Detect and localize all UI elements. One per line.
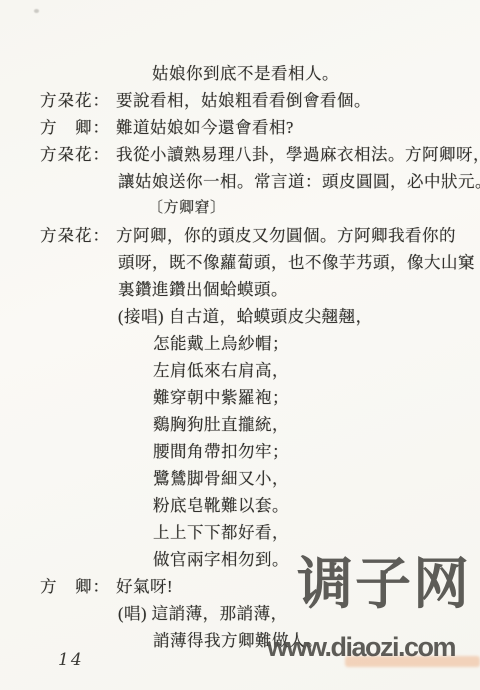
line-text: (接唱) 自古道，蛤蟆頭皮尖翹翹，: [118, 307, 373, 326]
stage-direction: 〔方卿窘〕: [148, 195, 480, 222]
speaker-name: 方朶花：: [40, 222, 116, 249]
line-text: (唱) 這誚薄，那誚薄，: [118, 604, 288, 623]
verse-line: 怎能戴上烏紗帽；: [153, 330, 480, 357]
verse-line: 鷄胸狗肚直攏統，: [153, 411, 480, 438]
verse-line: 左肩低來右肩高，: [153, 357, 480, 384]
line-text: 〔方卿窘〕: [148, 200, 226, 216]
line-text: 頭呀，既不像蘿蔔頭，也不像芋艿頭，像大山窠: [118, 253, 475, 272]
verse-line: 粉底皂靴難以套。: [153, 492, 480, 519]
line-text: 姑娘你到底不是看相人。: [152, 64, 339, 83]
watermark-site-url: www.diaozi.com: [267, 632, 455, 663]
line-text: 怎能戴上烏紗帽；: [153, 334, 289, 353]
script-line: 讓姑娘送你一相。常言道：頭皮圓圓，必中狀元。: [118, 168, 480, 195]
line-text: 難道姑娘如今還會看相?: [116, 118, 294, 137]
script-line: 方朶花：方阿卿，你的頭皮又勿圓個。方阿卿我看你的: [40, 222, 480, 249]
script-line: 方朶花：我從小讀熟易理八卦，學過麻衣相法。方阿卿呀，: [40, 141, 480, 168]
line-text: 要說看相，姑娘粗看看倒會看個。: [116, 91, 371, 110]
speaker-name: 方朶花：: [40, 87, 116, 114]
line-text: 上上下下都好看，: [153, 523, 289, 542]
watermark-site-name: 调子网: [297, 548, 471, 621]
line-text: 我從小讀熟易理八卦，學過麻衣相法。方阿卿呀，: [116, 145, 480, 164]
speaker-name: 方 卿：: [40, 573, 116, 600]
speaker-name: 方 卿：: [40, 114, 116, 141]
line-text: 腰間角帶扣勿牢；: [153, 442, 289, 461]
verse-line: 難穿朝中紫羅袍；: [153, 384, 480, 411]
line-text: 方阿卿，你的頭皮又勿圓個。方阿卿我看你的: [116, 226, 456, 245]
line-text: 粉底皂靴難以套。: [153, 496, 289, 515]
verse-line: 鷺鷥脚骨細又小，: [153, 465, 480, 492]
script-line: 裏鑽進鑽出個蛤蟆頭。: [118, 276, 480, 303]
line-text: 左肩低來右肩高，: [153, 361, 289, 380]
line-text: 鷄胸狗肚直攏統，: [153, 415, 289, 434]
line-text: 做官兩字相勿到。: [153, 550, 289, 569]
page-number: 14: [58, 650, 84, 670]
script-line: 方朶花：要說看相，姑娘粗看看倒會看個。: [40, 87, 480, 114]
script-line: 方 卿：難道姑娘如今還會看相?: [40, 114, 480, 141]
verse-line: 腰間角帶扣勿牢；: [153, 438, 480, 465]
speaker-name: 方朶花：: [40, 141, 116, 168]
scanned-script-page: 姑娘你到底不是看相人。 方朶花：要說看相，姑娘粗看看倒會看個。 方 卿：難道姑娘…: [0, 0, 480, 690]
line-text: 鷺鷥脚骨細又小，: [153, 469, 289, 488]
line-text: 裏鑽進鑽出個蛤蟆頭。: [118, 280, 288, 299]
scan-speck: [34, 9, 39, 13]
line-text: 難穿朝中紫羅袍；: [153, 388, 289, 407]
line-text: 讓姑娘送你一相。常言道：頭皮圓圓，必中狀元。: [118, 172, 480, 191]
line-text: 好氣呀!: [116, 577, 173, 596]
script-line: (接唱) 自古道，蛤蟆頭皮尖翹翹，: [118, 303, 480, 330]
script-line: 姑娘你到底不是看相人。: [152, 60, 480, 87]
script-line: 頭呀，既不像蘿蔔頭，也不像芋艿頭，像大山窠: [118, 249, 480, 276]
verse-line: 上上下下都好看，: [153, 519, 480, 546]
